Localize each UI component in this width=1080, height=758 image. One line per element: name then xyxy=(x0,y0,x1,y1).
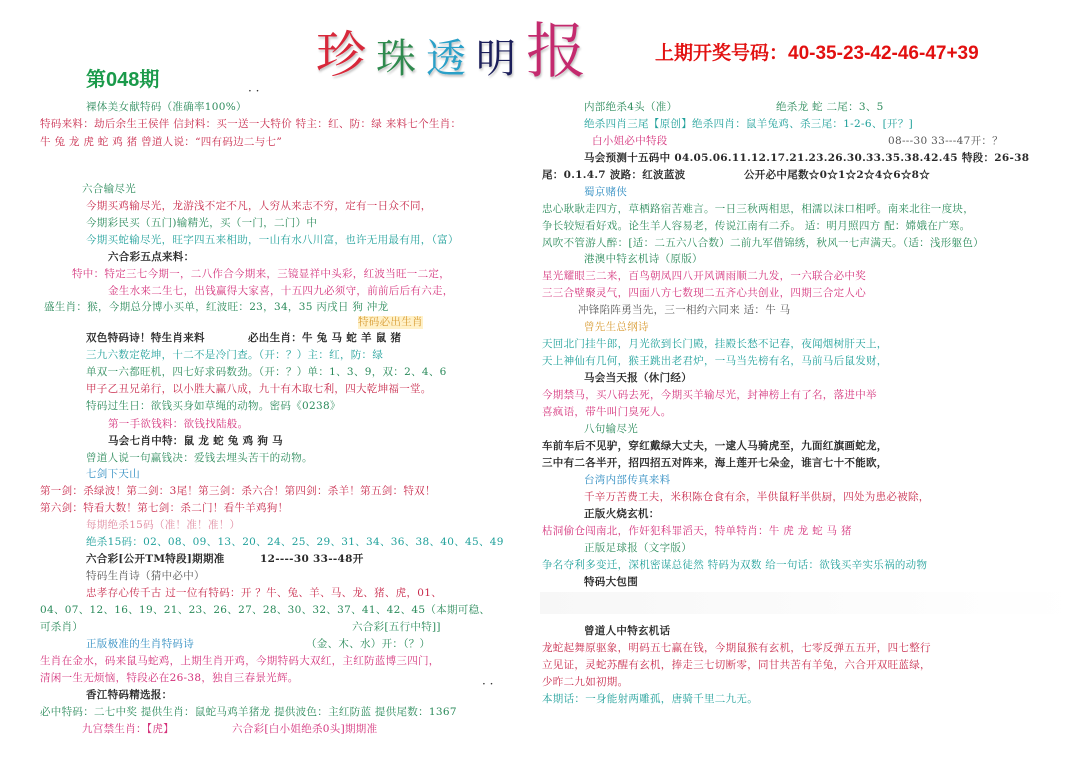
last-draw-numbers: 40-35-23-42-46-47+39 xyxy=(788,43,979,64)
section-heading: 曾先生总纲诗 xyxy=(584,321,649,334)
text-line: 清闲一生无烦恼，特段必在26-38，独自三春景光辉。 xyxy=(40,672,299,685)
text-line: 三九六数定乾坤，十二不是冷门查。（开：？）主：红，防：绿 xyxy=(86,349,383,362)
section-heading: 正版足球报（文字版） xyxy=(584,542,692,555)
text-line: 枯洞偷仓闯南北，作奸犯科罪滔天，特单特肖：牛 虎 龙 蛇 马 猪 xyxy=(542,525,852,538)
text-line: 内部绝杀4头（准） xyxy=(584,101,677,114)
section-heading: 台湾内部传真来料 xyxy=(584,474,670,487)
text-line: 立见证，灵蛇苏醒有玄机，捧走三七切断零，同甘共苦有羊兔，六合开双旺蓝绿， xyxy=(542,659,931,672)
text-line: 第一剑：杀绿波！第二剑：3尾！第三剑：杀六合！第四剑：杀羊！第五剑：特双！ xyxy=(40,485,436,498)
text-line: 龙蛇起舞原驱象，明码五七赢在钱，今期鼠猴有玄机，七零反弹五五开，四七整行 xyxy=(542,642,931,655)
text-line: 裸体美女献特码（准确率100%） xyxy=(86,101,247,114)
faded-band xyxy=(540,592,1080,614)
text-line: 第一手欲钱料：欲钱找陆般。 xyxy=(108,418,248,431)
text-line: 风吹不管游人醉：[适：二五六八合数）二前九军借锦绣，秋风一七声满天。（适：浅形躯… xyxy=(542,237,984,250)
masthead-char: 珠 xyxy=(376,29,416,89)
masthead-char: 明 xyxy=(476,29,516,89)
masthead-char: 报 xyxy=(526,22,586,82)
text-line: 今期禁马，买八码去死，今期买羊输尽光，封神榜上有了名，落进中举 xyxy=(542,389,877,402)
section-heading: 曾道人中特玄机话 xyxy=(584,625,670,638)
issue-number: 第048期 xyxy=(86,63,159,92)
text-line: 必出生肖：牛 兔 马 蛇 羊 鼠 猪 xyxy=(248,332,401,345)
text-line: 每期绝杀15码（准！准！准！） xyxy=(86,519,240,532)
highlight-label: 特码必出生肖 xyxy=(358,316,423,329)
text-line: 金生水来二生七，出钱赢得大家喜，十五四九必须守，前前后后有六走， xyxy=(108,285,454,298)
section-heading: 六合输尽光 xyxy=(82,183,136,196)
text-line: 08---30 33---47开：？ xyxy=(888,135,1003,148)
text-line: 三三合壁聚灵气，四面八方七数现二五齐心共创业，四期三合定人心 xyxy=(542,287,866,300)
text-line: 马会预测十五码中 04.05.06.11.12.17.21.23.26.30.3… xyxy=(584,152,1029,165)
text-line: 星光耀眼三二来，百鸟朝凤四八开风调雨顺二九发，一六联合必中奖 xyxy=(542,270,866,283)
section-heading: 马会当天报（休门经） xyxy=(584,372,692,385)
text-line: 六合彩[公开TM特段]期期准 xyxy=(86,553,225,566)
last-draw-result: 上期开奖号码：40-35-23-42-46-47+39 xyxy=(655,38,979,65)
section-heading: 七剑下天山 xyxy=(86,468,140,481)
text-line: 六合彩[白小姐绝杀0头]期期准 xyxy=(232,723,377,736)
text-line: 第六剑：特看大数！第七剑：杀二门！看牛羊鸡狗！ xyxy=(40,502,288,515)
text-line: 本期话：一身能射两雕孤，唐骑千里二九无。 xyxy=(542,693,758,706)
text-line: 特中：特定三七今期一，二八作合今期来，三镜显祥中头彩，红波当旺一二定， xyxy=(72,268,450,281)
text-line: 甲子乙丑兄弟行，以小胜大赢八成，九十有木取七利，四大乾坤福一堂。 xyxy=(86,383,432,396)
text-line: 六合彩[五行中特]] xyxy=(352,621,441,634)
text-line: 天上神仙有几何，猴王跳出老君炉，一马当先榜有名，马前马后鼠发财， xyxy=(542,355,888,368)
text-line: 绝杀龙 蛇 二尾：3、5 xyxy=(776,101,884,114)
decorative-dots: · · xyxy=(248,84,259,98)
text-line: 冲锋陷阵勇当先，三一相约六同来 适：牛 马 xyxy=(578,304,790,317)
text-line: 04、07、12、16、19、21、23、26、27、28、30、32、37、4… xyxy=(40,604,490,617)
text-line: 12----30 33--48开 xyxy=(260,553,364,566)
text-line: 九宫禁生肖：【虎】 xyxy=(82,723,174,736)
text-line: 必中特码：二七中奖 提供生肖：鼠蛇马鸡羊猪龙 提供波色：主红防蓝 提供尾数：13… xyxy=(40,706,457,719)
text-line: 白小姐必中特段 xyxy=(592,135,668,148)
text-line: 绝杀四肖三尾【原创】绝杀四肖：鼠羊兔鸡、杀三尾：1-2-6、[开？] xyxy=(584,118,913,131)
text-line: 公开必中尾数☆0☆1☆2☆4☆6☆8☆ xyxy=(744,169,930,182)
text-line: 单双一六都旺机，四七好求码数劲。（开：？）单：1、3、9，双：2、4、6 xyxy=(86,366,447,379)
text-line: 三中有二各半开，招四招五对阵来，海上莲开七朵金，谁言七十不能欧， xyxy=(542,457,888,470)
text-line: 尾：0.1.4.7 波路：红波蓝波 xyxy=(542,169,685,182)
text-line: 牛 兔 龙 虎 蛇 鸡 猪 曾道人说：“四有码边二与七” xyxy=(40,136,282,149)
text-line: 忠心耿耿走四方，草栖路宿苦难言。一日三秋两相思，相濡以沫口相呼。南来北往一度块， xyxy=(542,203,974,216)
text-line: 曾道人说一句赢钱决：爱钱去埋头苦干的动物。 xyxy=(86,452,313,465)
section-heading: 特码大包围 xyxy=(584,576,638,589)
text-line: 盛生肖：猴，今期总分博小买单，红波旺：23，34，35 丙戌日 狗 冲龙 xyxy=(44,301,388,314)
masthead-char: 珍 xyxy=(316,25,366,85)
text-line: 生肖在金水，码来鼠马蛇鸡，上期生肖开鸡，今期特码大双红，主红防蓝博三四门， xyxy=(40,655,440,668)
text-line: 马会七肖中特：鼠 龙 蛇 兔 鸡 狗 马 xyxy=(108,435,283,448)
section-heading: 香江特码精选报： xyxy=(86,689,172,702)
section-heading: 双色特码诗！特生肖来料 xyxy=(86,332,205,345)
text-line: 少昨二九如初期。 xyxy=(542,676,628,689)
text-line: 天回北门挂牛郎，月光欲到长门殿，挂殿长愁不记春，夜闻烟树肝天上， xyxy=(542,338,888,351)
decorative-dots: · · xyxy=(482,677,493,691)
section-heading: 蜀京赌侠 xyxy=(584,186,627,199)
text-line: 绝杀15码：02、08、09、13、20、24、25、29、31、34、36、3… xyxy=(86,536,504,549)
text-line: 争名夺利多变迁，深机密谋总徒然 特码为双数 给一句话：欲钱买辛实乐祸的动物 xyxy=(542,559,927,572)
text-line: 可杀肖） xyxy=(40,621,83,634)
section-heading: 正版极准的生肖特码诗 xyxy=(86,638,194,651)
section-heading: 正版火烧玄机： xyxy=(584,508,660,521)
text-line: 今期买鸡输尽光，龙游浅不定不凡，人穷从来志不穷，定有一日众不同， xyxy=(86,200,432,213)
text-line: 车前车后不见驴，穿红戴绿大丈夫，一逮人马骑虎至，九面红旗画蛇龙， xyxy=(542,440,888,453)
text-line: 今期彩民买（五门)输精光，买（一门，二门）中 xyxy=(86,217,317,230)
text-line: 争长较短看好戏。论生羊人容易老，传说江南有二乔。 适：明月照四方 配：嫦娥在广寒… xyxy=(542,220,970,233)
text-line: 今期买蛇输尽光，旺字四五来相助，一山有水八川富，也许无用最有用，（富） xyxy=(86,234,459,247)
section-heading: 特码生肖诗（猜中必中） xyxy=(86,570,205,583)
text-line: 忠孝存心传千古 过一位有特码：开 ？牛、兔、羊、马、龙、猪、虎，01、 xyxy=(86,587,442,600)
section-heading: 八句输尽光 xyxy=(584,423,638,436)
masthead-title: 珍珠透明报 xyxy=(316,22,596,89)
text-line: （金、木、水）开：（？） xyxy=(306,638,430,651)
masthead-char: 透 xyxy=(426,29,466,89)
section-heading: 港澳中特玄机诗（原版） xyxy=(584,253,703,266)
last-draw-label: 上期开奖号码： xyxy=(655,43,788,64)
text-line: 千辛万苦费工夫，米积陈仓食有余，半供鼠籽半供厨，四处为患必被除， xyxy=(584,491,930,504)
text-line: 喜疯语，带牛叫门臭死人。 xyxy=(542,406,672,419)
section-heading: 六合彩五点来料： xyxy=(108,251,194,264)
text-line: 特码来料：劫后余生王侯伴 信封料：买一送一大特价 特主：红、防：绿 来料七个生肖… xyxy=(40,118,461,131)
text-line: 特码过生日：欲钱买身如草绳的动物。密码《0238》 xyxy=(86,400,341,413)
